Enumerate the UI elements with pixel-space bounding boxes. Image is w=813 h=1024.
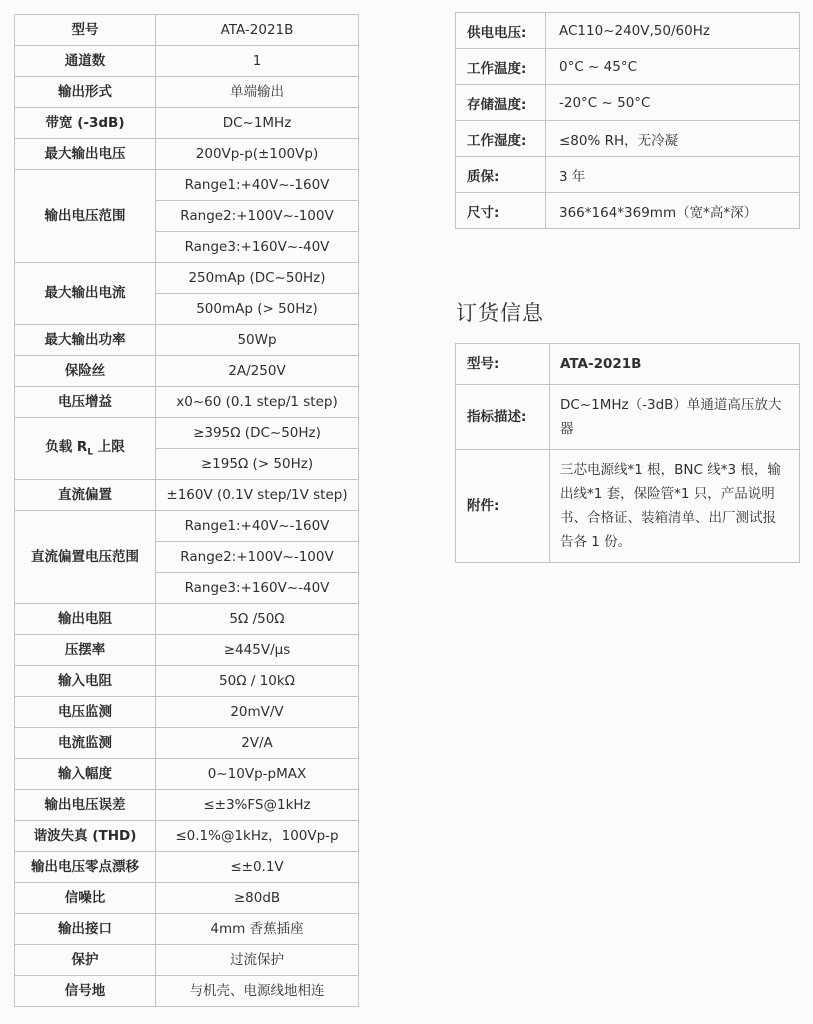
spec-value: Range3:+160V~-40V [156, 232, 359, 263]
spec-value: 过流保护 [156, 945, 359, 976]
env-label: 供电电压: [456, 13, 546, 49]
spec-label: 信号地 [15, 976, 156, 1007]
spec-label: 带宽 (-3dB) [15, 108, 156, 139]
spec-value: ≤0.1%@1kHz，100Vp-p [156, 821, 359, 852]
spec-value: 4mm 香蕉插座 [156, 914, 359, 945]
spec-label: 通道数 [15, 46, 156, 77]
spec-value: 与机壳、电源线地相连 [156, 976, 359, 1007]
spec-row: 最大输出电压200Vp-p(±100Vp) [15, 139, 359, 170]
spec-row: 电压增益x0~60 (0.1 step/1 step) [15, 387, 359, 418]
spec-row: 直流偏置±160V (0.1V step/1V step) [15, 480, 359, 511]
env-value: 0°C ~ 45°C [546, 49, 800, 85]
spec-label: 最大输出电流 [15, 263, 156, 325]
spec-value: ≥80dB [156, 883, 359, 914]
spec-row: 保险丝2A/250V [15, 356, 359, 387]
spec-row: 直流偏置电压范围Range1:+40V~-160V [15, 511, 359, 542]
spec-label: 输出电阻 [15, 604, 156, 635]
spec-value: 250mAp (DC~50Hz) [156, 263, 359, 294]
spec-value: ≤±3%FS@1kHz [156, 790, 359, 821]
spec-value: 50Wp [156, 325, 359, 356]
spec-value: Range1:+40V~-160V [156, 170, 359, 201]
env-row: 工作温度:0°C ~ 45°C [456, 49, 800, 85]
spec-label: 最大输出功率 [15, 325, 156, 356]
spec-row: 输出接口4mm 香蕉插座 [15, 914, 359, 945]
spec-value: 2V/A [156, 728, 359, 759]
spec-value: DC~1MHz [156, 108, 359, 139]
spec-label: 型号 [15, 15, 156, 46]
spec-value: 50Ω / 10kΩ [156, 666, 359, 697]
spec-row: 输入电阻50Ω / 10kΩ [15, 666, 359, 697]
spec-label: 电流监测 [15, 728, 156, 759]
env-value: 366*164*369mm（宽*高*深） [546, 193, 800, 229]
ordering-row: 指标描述:DC~1MHz（-3dB）单通道高压放大器 [456, 385, 800, 450]
spec-label: 保险丝 [15, 356, 156, 387]
spec-label: 输入电阻 [15, 666, 156, 697]
spec-row: 通道数1 [15, 46, 359, 77]
env-label: 尺寸: [456, 193, 546, 229]
spec-label: 电压监测 [15, 697, 156, 728]
env-label: 存储温度: [456, 85, 546, 121]
spec-label: 输入幅度 [15, 759, 156, 790]
spec-row: 谐波失真 (THD)≤0.1%@1kHz，100Vp-p [15, 821, 359, 852]
ordering-label: 型号: [456, 344, 550, 385]
spec-value: 200Vp-p(±100Vp) [156, 139, 359, 170]
spec-row: 最大输出功率50Wp [15, 325, 359, 356]
env-row: 尺寸:366*164*369mm（宽*高*深） [456, 193, 800, 229]
spec-value: ≥195Ω (> 50Hz) [156, 449, 359, 480]
spec-row: 输出电压误差≤±3%FS@1kHz [15, 790, 359, 821]
spec-label: 输出电压零点漂移 [15, 852, 156, 883]
env-value: -20°C ~ 50°C [546, 85, 800, 121]
spec-label: 电压增益 [15, 387, 156, 418]
env-row: 质保:3 年 [456, 157, 800, 193]
env-value: ≤80% RH，无冷凝 [546, 121, 800, 157]
spec-value: ≤±0.1V [156, 852, 359, 883]
env-label: 工作温度: [456, 49, 546, 85]
spec-value: 0~10Vp-pMAX [156, 759, 359, 790]
ordering-label: 附件: [456, 450, 550, 563]
spec-value: 2A/250V [156, 356, 359, 387]
spec-value: Range3:+160V~-40V [156, 573, 359, 604]
spec-value: ≥395Ω (DC~50Hz) [156, 418, 359, 449]
ordering-row: 附件:三芯电源线*1 根，BNC 线*3 根，输出线*1 套，保险管*1 只，产… [456, 450, 800, 563]
spec-value: Range2:+100V~-100V [156, 542, 359, 573]
spec-row: 输出形式单端输出 [15, 77, 359, 108]
spec-row: 型号ATA-2021B [15, 15, 359, 46]
spec-value: 单端输出 [156, 77, 359, 108]
spec-value: 1 [156, 46, 359, 77]
spec-row: 压摆率≥445V/μs [15, 635, 359, 666]
spec-row: 输入幅度0~10Vp-pMAX [15, 759, 359, 790]
env-value: AC110~240V,50/60Hz [546, 13, 800, 49]
spec-row: 输出电压零点漂移≤±0.1V [15, 852, 359, 883]
spec-row: 保护过流保护 [15, 945, 359, 976]
spec-value: 500mAp (> 50Hz) [156, 294, 359, 325]
ordering-info-title: 订货信息 [456, 297, 544, 327]
spec-row: 带宽 (-3dB)DC~1MHz [15, 108, 359, 139]
spec-label: 输出电压范围 [15, 170, 156, 263]
env-label: 工作湿度: [456, 121, 546, 157]
spec-value: 5Ω /50Ω [156, 604, 359, 635]
spec-label: 输出电压误差 [15, 790, 156, 821]
env-row: 存储温度:-20°C ~ 50°C [456, 85, 800, 121]
spec-value: ±160V (0.1V step/1V step) [156, 480, 359, 511]
spec-row: 输出电压范围Range1:+40V~-160V [15, 170, 359, 201]
environment-table: 供电电压:AC110~240V,50/60Hz工作温度:0°C ~ 45°C存储… [455, 12, 800, 229]
spec-row: 输出电阻5Ω /50Ω [15, 604, 359, 635]
spec-value: Range2:+100V~-100V [156, 201, 359, 232]
spec-row: 负载 RL 上限≥395Ω (DC~50Hz) [15, 418, 359, 449]
spec-label: 最大输出电压 [15, 139, 156, 170]
spec-value: ATA-2021B [156, 15, 359, 46]
ordering-value: DC~1MHz（-3dB）单通道高压放大器 [550, 385, 800, 450]
ordering-value: 三芯电源线*1 根，BNC 线*3 根，输出线*1 套，保险管*1 只，产品说明… [550, 450, 800, 563]
spec-row: 电压监测20mV/V [15, 697, 359, 728]
spec-label: 谐波失真 (THD) [15, 821, 156, 852]
spec-label: 压摆率 [15, 635, 156, 666]
spec-label: 输出接口 [15, 914, 156, 945]
spec-row: 信号地与机壳、电源线地相连 [15, 976, 359, 1007]
spec-label: 信噪比 [15, 883, 156, 914]
spec-value: Range1:+40V~-160V [156, 511, 359, 542]
spec-value: ≥445V/μs [156, 635, 359, 666]
env-label: 质保: [456, 157, 546, 193]
spec-label: 保护 [15, 945, 156, 976]
spec-table: 型号ATA-2021B通道数1输出形式单端输出带宽 (-3dB)DC~1MHz最… [14, 14, 359, 1007]
spec-label: 负载 RL 上限 [15, 418, 156, 480]
env-value: 3 年 [546, 157, 800, 193]
ordering-label: 指标描述: [456, 385, 550, 450]
spec-label: 直流偏置 [15, 480, 156, 511]
ordering-table: 型号:ATA-2021B指标描述:DC~1MHz（-3dB）单通道高压放大器附件… [455, 343, 800, 563]
spec-value: 20mV/V [156, 697, 359, 728]
spec-value: x0~60 (0.1 step/1 step) [156, 387, 359, 418]
spec-label: 直流偏置电压范围 [15, 511, 156, 604]
spec-row: 电流监测2V/A [15, 728, 359, 759]
spec-row: 信噪比≥80dB [15, 883, 359, 914]
env-row: 供电电压:AC110~240V,50/60Hz [456, 13, 800, 49]
ordering-row: 型号:ATA-2021B [456, 344, 800, 385]
spec-row: 最大输出电流250mAp (DC~50Hz) [15, 263, 359, 294]
env-row: 工作湿度:≤80% RH，无冷凝 [456, 121, 800, 157]
spec-label: 输出形式 [15, 77, 156, 108]
ordering-value: ATA-2021B [550, 344, 800, 385]
